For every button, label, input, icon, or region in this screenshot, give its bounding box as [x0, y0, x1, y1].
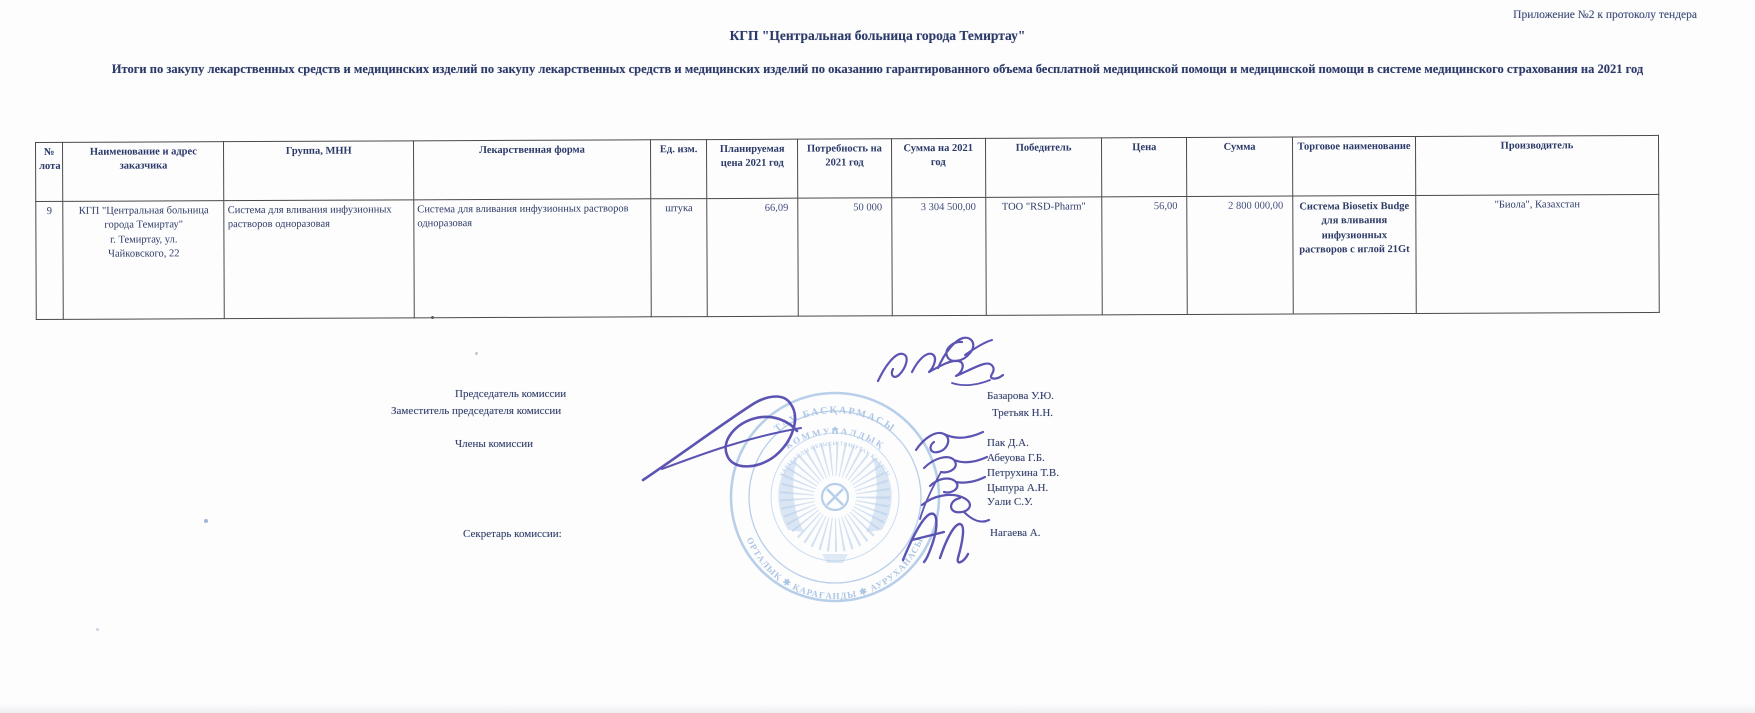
scan-speck	[96, 628, 99, 631]
name-member-4: Цыпура А.Н.	[987, 482, 1048, 494]
appendix-note: Приложение №2 к протоколу тендера	[1513, 9, 1697, 21]
label-chairman: Председатель комиссии	[455, 388, 566, 400]
chairman-name-signature	[938, 338, 992, 368]
cell-price: 56,00	[1102, 196, 1187, 314]
scan-speck	[204, 519, 208, 523]
col-manufacturer: Производитель	[1415, 135, 1658, 195]
cell-dosage-form: Система для вливания инфузионных раствор…	[414, 199, 651, 318]
name-secretary: Нагаева А.	[990, 527, 1040, 539]
cell-amount-2021: 3 304 500,00	[892, 197, 986, 315]
col-unit: Ед. изм.	[650, 140, 707, 199]
scan-speck	[475, 352, 478, 355]
cell-customer: КГП "Центральная больница города Темирта…	[63, 201, 225, 320]
cell-winner: ТОО "RSD-Pharm"	[985, 197, 1102, 316]
page-subtitle: Итоги по закупу лекарственных средств и …	[0, 60, 1755, 79]
page-title: КГП "Центральная больница города Темирта…	[0, 28, 1755, 44]
col-lot-number: № лота	[36, 142, 63, 201]
scanned-tender-document: Приложение №2 к протоколу тендера КГП "Ц…	[0, 0, 1755, 713]
col-planned-price: Планируемая цена 2021 год	[707, 139, 798, 198]
col-price: Цена	[1102, 137, 1187, 196]
table-header-row: № лота Наименование и адрес заказчика Гр…	[36, 135, 1659, 201]
col-winner: Победитель	[985, 138, 1102, 198]
cell-planned-price: 66,09	[707, 198, 798, 316]
cell-group-inn: Система для вливания инфузионных раствор…	[224, 200, 414, 319]
col-customer: Наименование и адрес заказчика	[63, 142, 225, 202]
label-secretary: Секретарь комиссии:	[463, 528, 562, 540]
name-member-2: Абеуова Г.Б.	[987, 452, 1045, 464]
results-table: № лота Наименование и адрес заказчика Гр…	[35, 135, 1660, 320]
label-commission-members: Члены комиссии	[455, 438, 533, 450]
cell-lot-number: 9	[36, 201, 64, 319]
name-member-3: Петрухина Т.В.	[987, 467, 1059, 479]
label-deputy-chairman: Заместитель председателя комиссии	[391, 405, 561, 417]
cell-amount: 2 800 000,00	[1187, 196, 1293, 314]
cell-manufacturer: "Биола", Казахстан	[1416, 194, 1660, 313]
col-need: Потребность на 2021 год	[798, 139, 892, 198]
table-row: 9 КГП "Центральная больница города Темир…	[36, 194, 1659, 319]
col-trade-name: Торговое наименование	[1292, 136, 1415, 196]
official-stamp-seal: ТАУ БАСҚАРМАСЫ КОММУНАЛДЫҚ ОРТАЛЫҚ ✱ ҚАР…	[710, 372, 960, 622]
col-group-inn: Группа, МНН	[224, 141, 414, 201]
name-member-1: Пак Д.А.	[987, 437, 1029, 449]
col-amount: Сумма	[1187, 137, 1293, 196]
cell-need: 50 000	[798, 198, 892, 316]
col-dosage-form: Лекарственная форма	[413, 140, 650, 200]
name-deputy-chairman: Третьяк Н.Н.	[992, 407, 1053, 419]
name-member-5: Уали С.У.	[987, 496, 1033, 508]
scan-edge-shadow	[0, 704, 1755, 713]
cell-unit: штука	[651, 199, 708, 317]
scan-speck	[431, 316, 434, 319]
cell-trade-name: Система Biosetix Budge для вливания инфу…	[1293, 195, 1416, 314]
col-amount-2021: Сумма на 2021 год	[891, 138, 985, 197]
stamp-star-icon: ✦	[831, 424, 839, 434]
name-chairman: Базарова У.Ю.	[987, 390, 1054, 402]
